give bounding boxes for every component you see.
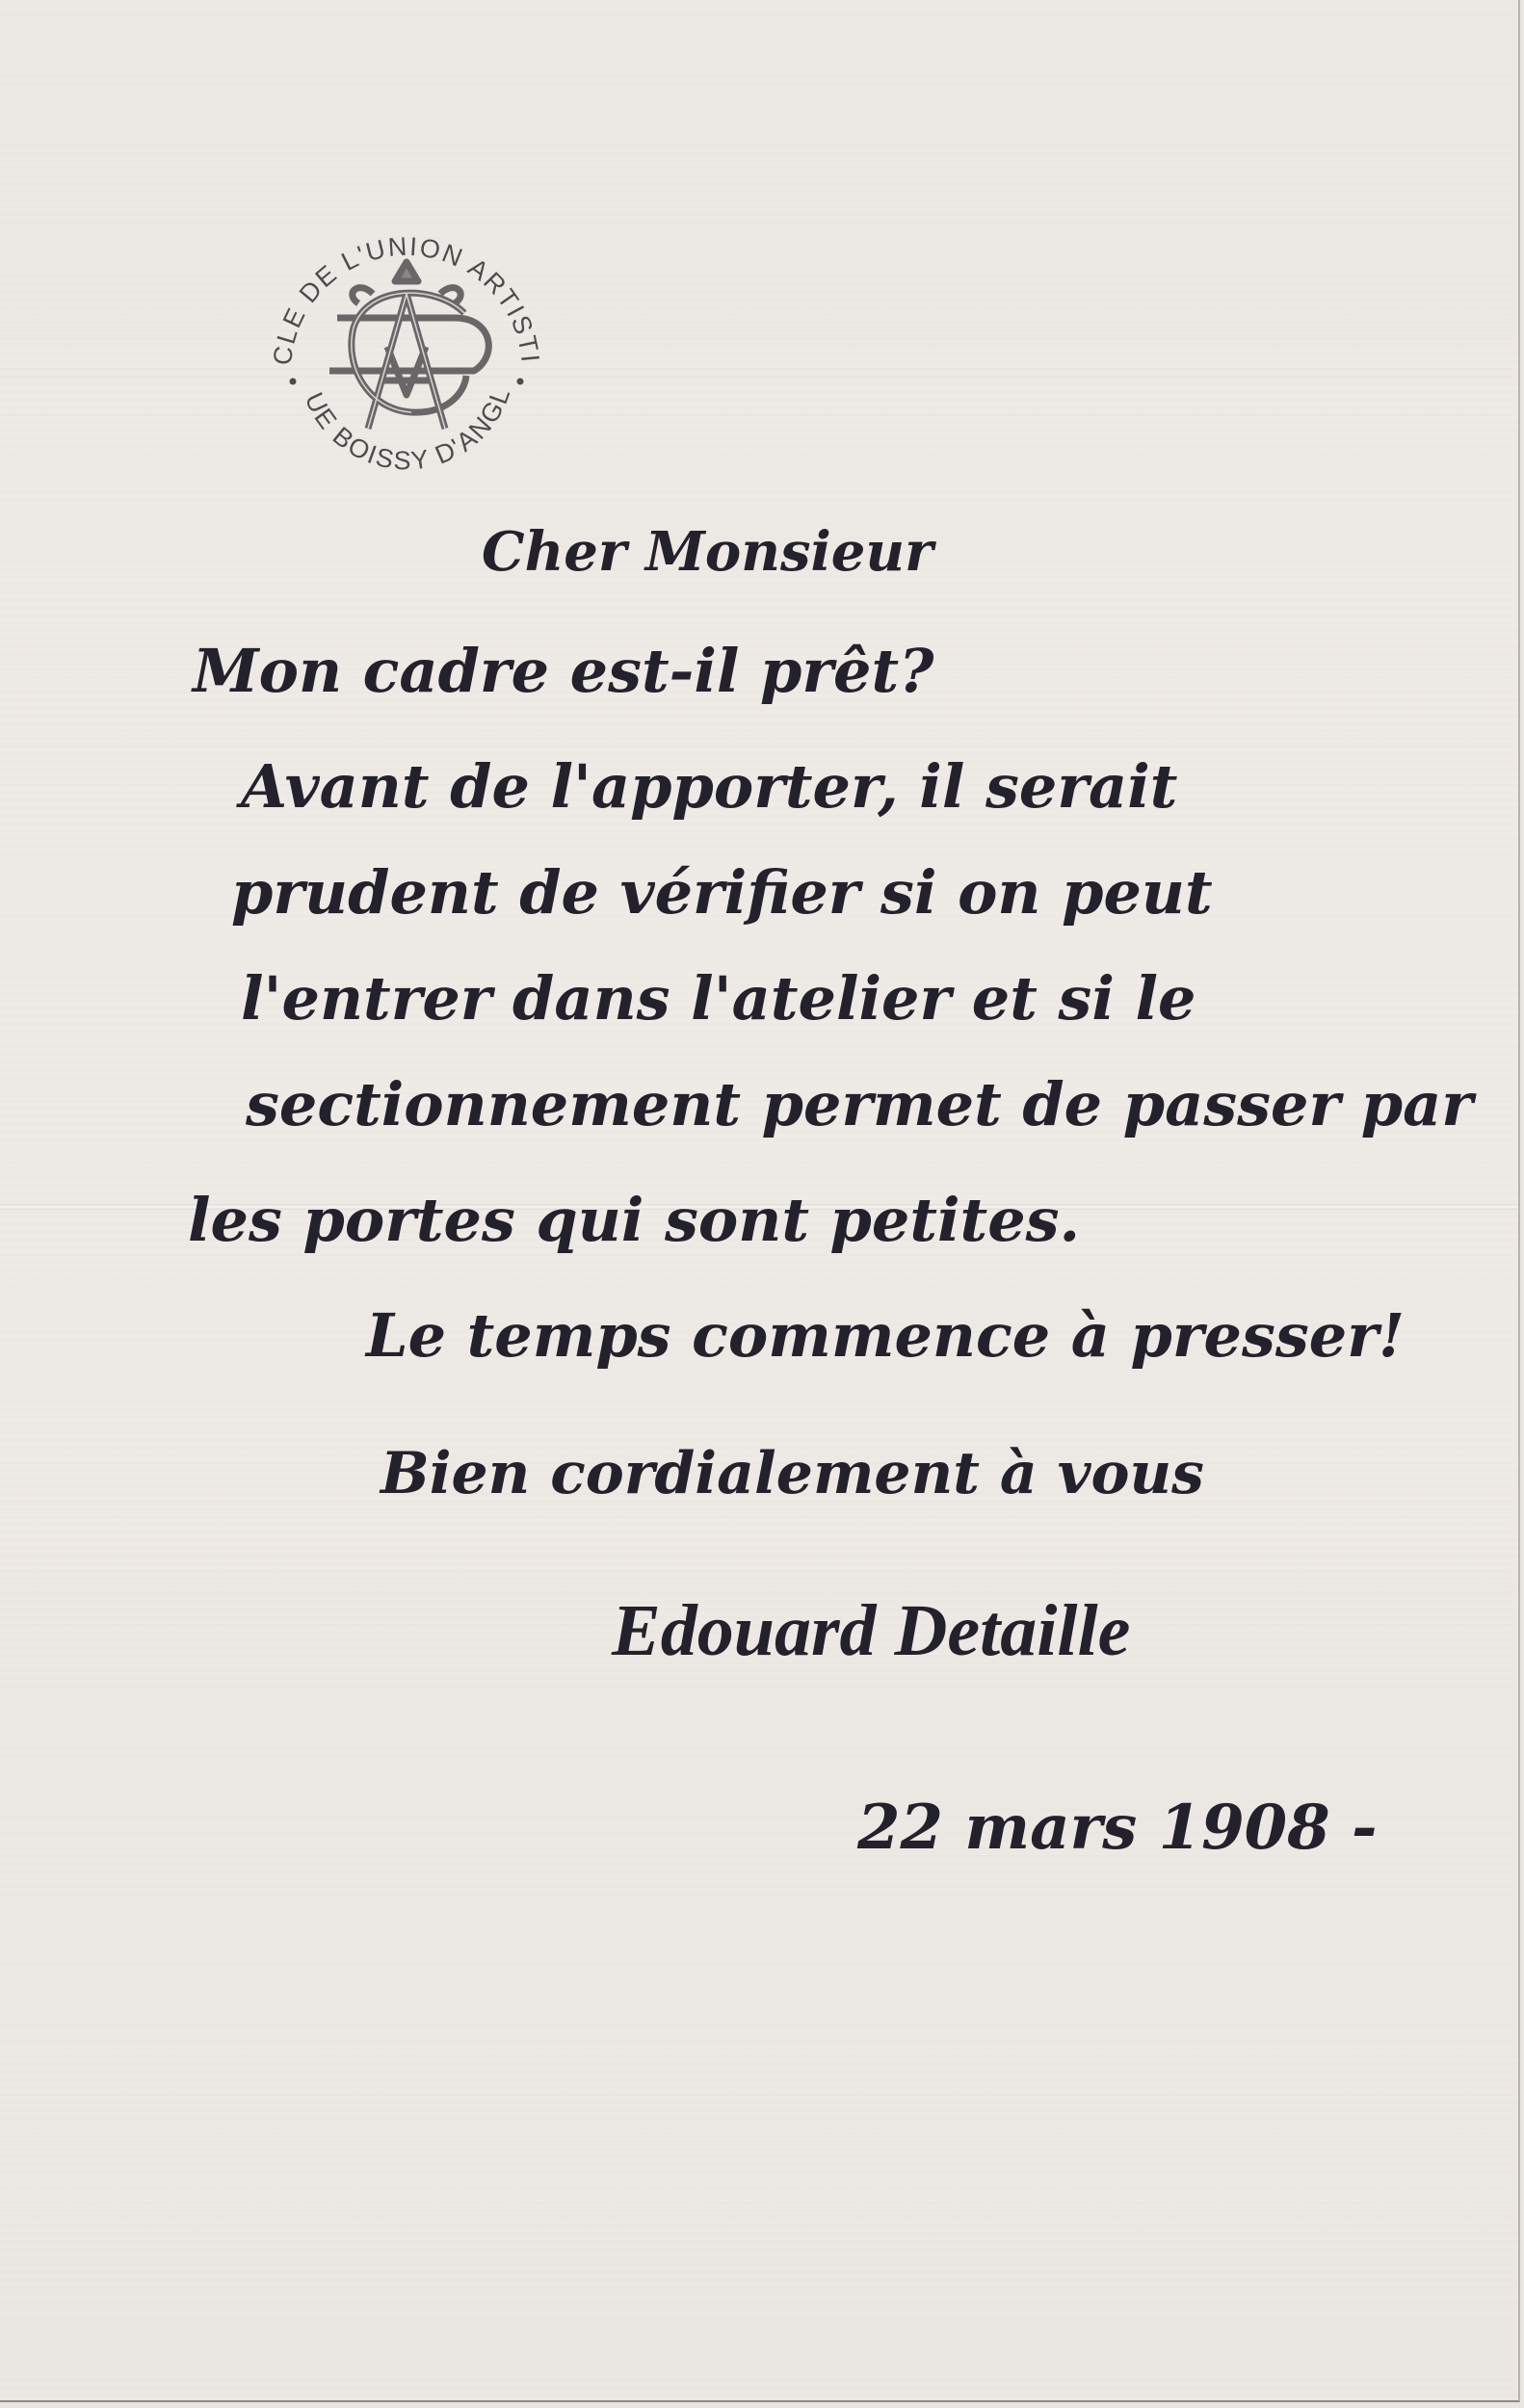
letter-line-2: Avant de l'apporter, il serait xyxy=(241,751,1177,822)
closing: Bien cordialement à vous xyxy=(381,1440,1204,1507)
letter-line-5: sectionnement permet de passer par xyxy=(246,1069,1473,1139)
letter-line-1: Mon cadre est-il prêt? xyxy=(193,636,933,706)
letter-date: 22 mars 1908 - xyxy=(857,1792,1378,1864)
signature: Edouard Detaille xyxy=(612,1589,1130,1673)
letter-line-7: Le temps commence à presser! xyxy=(366,1300,1405,1371)
salutation: Cher Monsieur xyxy=(482,520,933,584)
letter-line-4: l'entrer dans l'atelier et si le xyxy=(241,963,1196,1034)
letter-paper: CERCLE DE L'UNION ARTISTIQUE 5.RUE BOISS… xyxy=(0,0,1520,2402)
letterhead-seal: CERCLE DE L'UNION ARTISTIQUE 5.RUE BOISS… xyxy=(252,202,561,491)
monogram-icon: CERCLE DE L'UNION ARTISTIQUE 5.RUE BOISS… xyxy=(252,202,561,491)
letter-line-3: prudent de vérifier si on peut xyxy=(231,857,1213,928)
letter-line-6: les portes qui sont petites. xyxy=(188,1185,1080,1255)
